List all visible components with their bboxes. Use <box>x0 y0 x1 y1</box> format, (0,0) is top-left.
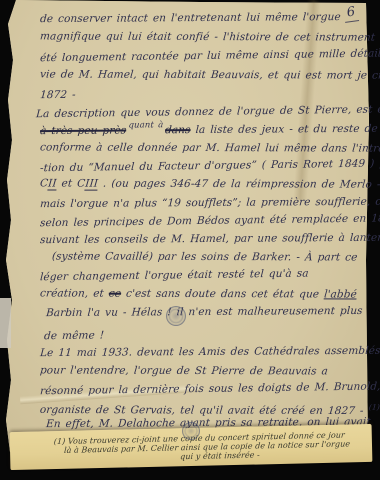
struck-text: dans <box>165 124 191 136</box>
manuscript-line: léger changement l'orgue était resté tel… <box>40 267 363 284</box>
line-text: organiste de St Gervais, tel qu'il avait… <box>39 404 369 417</box>
struck-text: à très peu près <box>40 125 127 138</box>
manuscript-line: (système Cavaillé) par les soins de Bark… <box>51 250 374 263</box>
line-text: création, et <box>39 287 109 299</box>
manuscript-line: pour l'entendre, l'orgue de St Pierre de… <box>39 364 362 377</box>
manuscript-line: 1872 - <box>40 87 363 101</box>
manuscript-line: organiste de St Gervais, tel qu'il avait… <box>39 400 362 417</box>
interline-insertion: quant à <box>128 119 164 131</box>
manuscript-line: magnifique qui lui était confié - l'hist… <box>39 30 362 43</box>
manuscript-line: Barbin l'a vu - Hélas ! il n'en est malh… <box>46 305 369 319</box>
round-ink-stamp <box>182 422 200 440</box>
manuscript-line: été longuement racontée par lui même ain… <box>40 48 363 65</box>
line-text: . (ou pages 346-47 de la réimpression de… <box>98 178 380 191</box>
manuscript-line: résonné pour la dernière fois sous les d… <box>40 381 363 398</box>
manuscript-line: de conserver intact en l'entretenant lui… <box>40 11 363 25</box>
manuscript-line: de même ! <box>44 326 367 343</box>
underlined-text: l'abbé <box>324 288 358 300</box>
footnote-line: qui y était insérée - <box>180 450 260 461</box>
manuscript-line: création, et ce c'est sans doute dans ce… <box>39 287 362 300</box>
line-text: et C <box>56 177 86 189</box>
round-ink-stamp <box>166 306 186 326</box>
manuscript-line: -tion du “Manuel du Facteur d'orgues” ( … <box>40 158 363 175</box>
manuscript-line: suivant les conseils de M. Hamel, par un… <box>40 232 363 246</box>
line-text: la liste des jeux - et du reste de tous … <box>190 122 380 136</box>
manuscript-line: La description que vous donnez de l'orgu… <box>36 104 359 121</box>
manuscript-line: CII et CIII . (ou pages 346-47 de la réi… <box>39 177 362 190</box>
manuscript-line: à très peu prèsquant àdans la liste des … <box>40 123 363 138</box>
manuscript-line: Le 11 mai 1933. devant les Amis des Cath… <box>40 345 363 359</box>
manuscript-line: conforme à celle donnée par M. Hamel lui… <box>39 141 362 154</box>
manuscript-line: vie de M. Hamel, qui habitait Beauvais, … <box>39 68 362 81</box>
line-text: c'est sans doute dans cet état que <box>121 288 325 301</box>
scanned-manuscript-page: 6 de conserver intact en l'entretenant l… <box>0 0 380 480</box>
manuscript-text: de conserver intact en l'entretenant lui… <box>0 0 380 480</box>
manuscript-line: mais l'orgue n'a plus “19 soufflets”; la… <box>40 196 363 210</box>
footnote-marker: (1) <box>368 403 380 412</box>
manuscript-line: selon les principes de Dom Bédos ayant é… <box>40 213 363 230</box>
